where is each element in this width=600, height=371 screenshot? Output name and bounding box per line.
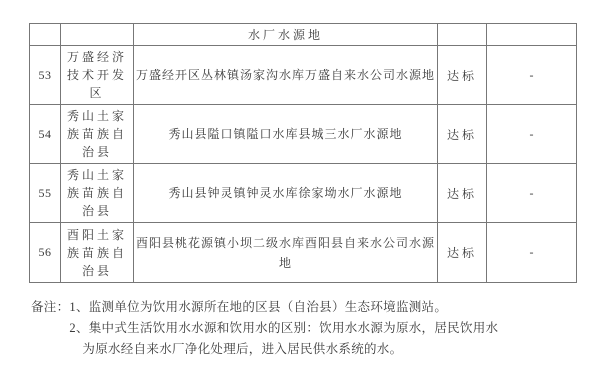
footnote-line-2: 2、集中式生活饮用水水源和饮用水的区别：饮用水水源为原水，居民饮用水 [69, 318, 498, 339]
cell-district: 秀山土家族苗族自治县 [61, 105, 134, 164]
water-source-table: 水厂水源地 53 万盛经济技术开发区 万盛经开区丛林镇汤家沟水库万盛自来水公司水… [29, 23, 577, 283]
table-row: 56 酉阳土家族苗族自治县 酉阳县桃花源镇小坝二级水库酉阳县自来水公司水源地 达… [30, 223, 577, 283]
table-row: 55 秀山土家族苗族自治县 秀山县钟灵镇钟灵水库徐家坳水厂水源地 达标 - [30, 164, 577, 223]
header-empty-remark [487, 24, 577, 46]
cell-source-name: 万盛经开区丛林镇汤家沟水库万盛自来水公司水源地 [134, 46, 438, 105]
footnote-line-3: 为原水经自来水厂净化处理后，进入居民供水系统的水。 [69, 339, 498, 360]
cell-row-number: 54 [30, 105, 61, 164]
cell-remark: - [487, 46, 577, 105]
table-row: 54 秀山土家族苗族自治县 秀山县隘口镇隘口水库县城三水厂水源地 达标 - [30, 105, 577, 164]
cell-row-number: 56 [30, 223, 61, 283]
table-row: 53 万盛经济技术开发区 万盛经开区丛林镇汤家沟水库万盛自来水公司水源地 达标 … [30, 46, 577, 105]
header-empty-district [61, 24, 134, 46]
cell-source-name: 秀山县隘口镇隘口水库县城三水厂水源地 [134, 105, 438, 164]
document-page: 水厂水源地 53 万盛经济技术开发区 万盛经开区丛林镇汤家沟水库万盛自来水公司水… [0, 0, 600, 371]
cell-remark: - [487, 164, 577, 223]
header-empty-status [438, 24, 487, 46]
header-empty-no [30, 24, 61, 46]
cell-status: 达标 [438, 223, 487, 283]
footnotes-label: 备注： [31, 297, 69, 318]
footnotes-body: 1、监测单位为饮用水源所在地的区县（自治县）生态环境监测站。 2、集中式生活饮用… [69, 297, 498, 360]
cell-source-name: 酉阳县桃花源镇小坝二级水库酉阳县自来水公司水源地 [134, 223, 438, 283]
cell-remark: - [487, 223, 577, 283]
cell-district: 秀山土家族苗族自治县 [61, 164, 134, 223]
cell-row-number: 55 [30, 164, 61, 223]
cell-remark: - [487, 105, 577, 164]
table-header-row: 水厂水源地 [30, 24, 577, 46]
cell-status: 达标 [438, 46, 487, 105]
header-source-col-title: 水厂水源地 [134, 24, 438, 46]
cell-status: 达标 [438, 105, 487, 164]
footnotes: 备注： 1、监测单位为饮用水源所在地的区县（自治县）生态环境监测站。 2、集中式… [31, 297, 498, 360]
footnote-line-1: 1、监测单位为饮用水源所在地的区县（自治县）生态环境监测站。 [69, 297, 498, 318]
cell-district: 万盛经济技术开发区 [61, 46, 134, 105]
cell-row-number: 53 [30, 46, 61, 105]
cell-source-name: 秀山县钟灵镇钟灵水库徐家坳水厂水源地 [134, 164, 438, 223]
cell-district: 酉阳土家族苗族自治县 [61, 223, 134, 283]
cell-status: 达标 [438, 164, 487, 223]
